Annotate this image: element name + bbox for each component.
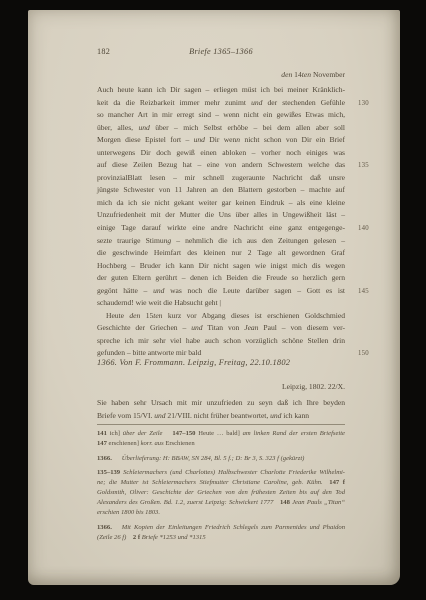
line-text: sezte traurige Stimung – nehmlich die ic… (97, 235, 345, 248)
letter-1365-line: jüngste Schwester von 11 Jahren an den B… (97, 184, 345, 197)
letter-1365-line: unterwegens Dir doch gewiß einen abloken… (97, 147, 345, 160)
line-text: Hochberg – Bruder ich kann Dir nicht sag… (97, 260, 345, 273)
line-text: Sie haben sehr Ursach mit mir unzufriede… (97, 397, 345, 410)
letter-1365-line: so mancher Art in mir erregt sind – wenn… (97, 109, 345, 122)
apparatus-transmission-line: 1366. Überlieferung: H: BBAW, SN 284, Bl… (97, 454, 345, 464)
letter-1365-line: Auch heute kann ich Dir sagen – erliegen… (97, 84, 345, 97)
line-text: spreche ich mir sehr viel habe auch scho… (97, 335, 345, 348)
line-text: 141 ich] über der Zeile 147–150 Heute … … (97, 429, 345, 439)
apparatus-commentary-line: (Zeile 26 f) 2 f Briefe *1253 und *1315 (97, 533, 345, 543)
margin-line-number: 135 (358, 160, 369, 173)
book-page: 182 Briefe 1365–1366 den 14ten November … (28, 10, 400, 585)
line-text: 1366. Mit Kopien der Einleitungen Friedr… (97, 523, 345, 533)
letter-1365-line: gegönt hätte – und was noch die Leute da… (97, 285, 345, 298)
line-text: einige Tage darauf wirkte eine andre Nac… (97, 222, 345, 235)
line-text: ne; die Mutter ist Schleiermachers Stief… (97, 478, 345, 488)
letter-1365-line: Hochberg – Bruder ich kann Dir nicht sag… (97, 260, 345, 273)
running-title: Briefe 1365–1366 (97, 47, 345, 56)
apparatus-commentary-1365: 135–139 Schleiermachers (und Charlottes)… (97, 468, 345, 518)
letter-1365-body: Auch heute kann ich Dir sagen – erliegen… (97, 84, 345, 360)
letter-1365-line: auf diese Zeilen Bezug hat – eine von an… (97, 159, 345, 172)
line-text: 135–139 Schleiermachers (und Charlottes)… (97, 468, 345, 478)
line-text: erschien 1800 bis 1803. (97, 508, 345, 518)
apparatus-variants: 141 ich] über der Zeile 147–150 Heute … … (97, 429, 345, 449)
apparatus-commentary-line: Alexanders des Großen. Bd. 1.2, zuerst L… (97, 498, 345, 508)
margin-line-number: 140 (358, 223, 369, 236)
line-text: Morgen diese Epistel fort – und Dir wenn… (97, 134, 345, 147)
letter-1365-line: sezte traurige Stimung – nehmlich die ic… (97, 235, 345, 248)
line-text: gegönt hätte – und was noch die Leute da… (97, 285, 345, 298)
critical-apparatus: 141 ich] über der Zeile 147–150 Heute … … (97, 424, 345, 547)
letter-1365-line: spreche ich mir sehr viel habe auch scho… (97, 335, 345, 348)
apparatus-transmission: 1366. Überlieferung: H: BBAW, SN 284, Bl… (97, 454, 345, 464)
letter-1365-line: Geschichte der Griechen – und Titan von … (97, 322, 345, 335)
letter-1365-line: mich da ich sie nicht gekant weiter gar … (97, 197, 345, 210)
apparatus-commentary-1366: 1366. Mit Kopien der Einleitungen Friedr… (97, 523, 345, 543)
apparatus-commentary-line: Goldsmith, Oliver: Geschichte der Griech… (97, 488, 345, 498)
line-text: provinzialBlatt lesen – mir schnell zuge… (97, 172, 345, 185)
margin-line-number: 145 (358, 286, 369, 299)
line-text: jüngste Schwester von 11 Jahren an den B… (97, 184, 345, 197)
page-number: 182 (97, 47, 110, 56)
letter-1366-place-date: Leipzig, 1802. 22/X. (97, 382, 345, 391)
letter-1365-line: provinzialBlatt lesen – mir schnell zuge… (97, 172, 345, 185)
line-text: Heute den 15ten kurz vor Abgang dieses i… (97, 310, 345, 323)
letter-1365-line: die geschwinde Heimfart des kleinen nur … (97, 247, 345, 260)
letter-1365-line: über, alles, und über – mich Selbst erhö… (97, 122, 345, 135)
line-text: auf diese Zeilen Bezug hat – eine von an… (97, 159, 345, 172)
letter-1365-line: keit da die Reizbarkeit immer mehr zunim… (97, 97, 345, 110)
letter-1365-line: einige Tage darauf wirkte eine andre Nac… (97, 222, 345, 235)
letter-1366-body: Sie haben sehr Ursach mit mir unzufriede… (97, 397, 345, 422)
line-text: die geschwinde Heimfart des kleinen nur … (97, 247, 345, 260)
letter-1365-line: Unzufriedenheit mit der Mutter die Uns ü… (97, 209, 345, 222)
line-text: Unzufriedenheit mit der Mutter die Uns ü… (97, 209, 345, 222)
letter-1366-heading: 1366. Von F. Frommann. Leipzig, Freitag,… (97, 358, 345, 367)
letter-1365-line: der guten Eltern gerührt – denen ich Bei… (97, 272, 345, 285)
line-text: Goldsmith, Oliver: Geschichte der Griech… (97, 488, 345, 498)
apparatus-variant-line: 147 erschienen] korr. aus Erschienen (97, 439, 345, 449)
apparatus-commentary-line: 135–139 Schleiermachers (und Charlottes)… (97, 468, 345, 478)
line-text: mich da ich sie nicht gekant weiter gar … (97, 197, 345, 210)
margin-line-number: 130 (358, 98, 369, 111)
line-text: Briefe vom 15/VI. und 21/VIII. nicht frü… (97, 410, 345, 423)
letter-1365-line: Morgen diese Epistel fort – und Dir wenn… (97, 134, 345, 147)
line-text: der guten Eltern gerührt – denen ich Bei… (97, 272, 345, 285)
line-text: Auch heute kann ich Dir sagen – erliegen… (97, 84, 345, 97)
page-header: 182 Briefe 1365–1366 (97, 47, 345, 56)
line-text: Alexanders des Großen. Bd. 1.2, zuerst L… (97, 498, 345, 508)
line-text: über, alles, und über – mich Selbst erhö… (97, 122, 345, 135)
line-text: so mancher Art in mir erregt sind – wenn… (97, 109, 345, 122)
line-text: keit da die Reizbarkeit immer mehr zunim… (97, 97, 345, 110)
line-text: (Zeile 26 f) 2 f Briefe *1253 und *1315 (97, 533, 345, 543)
apparatus-commentary-line: ne; die Mutter ist Schleiermachers Stief… (97, 478, 345, 488)
line-text: 1366. Überlieferung: H: BBAW, SN 284, Bl… (97, 454, 345, 464)
letter-1365-line: schaudernd! wie weit die Habsucht geht | (97, 297, 345, 310)
letter-1366-line: Sie haben sehr Ursach mit mir unzufriede… (97, 397, 345, 410)
line-text: unterwegens Dir doch gewiß einen abloken… (97, 147, 345, 160)
apparatus-commentary-line: 1366. Mit Kopien der Einleitungen Friedr… (97, 523, 345, 533)
letter-1365-line: Heute den 15ten kurz vor Abgang dieses i… (97, 310, 345, 323)
letter-1365-dateline: den 14ten November (97, 70, 345, 79)
margin-line-number: 150 (358, 348, 369, 361)
apparatus-variant-line: 141 ich] über der Zeile 147–150 Heute … … (97, 429, 345, 439)
apparatus-commentary-line: erschien 1800 bis 1803. (97, 508, 345, 518)
line-text: Geschichte der Griechen – und Titan von … (97, 322, 345, 335)
letter-1366-line: Briefe vom 15/VI. und 21/VIII. nicht frü… (97, 410, 345, 423)
line-text: 147 erschienen] korr. aus Erschienen (97, 439, 345, 449)
line-text: schaudernd! wie weit die Habsucht geht | (97, 297, 345, 310)
